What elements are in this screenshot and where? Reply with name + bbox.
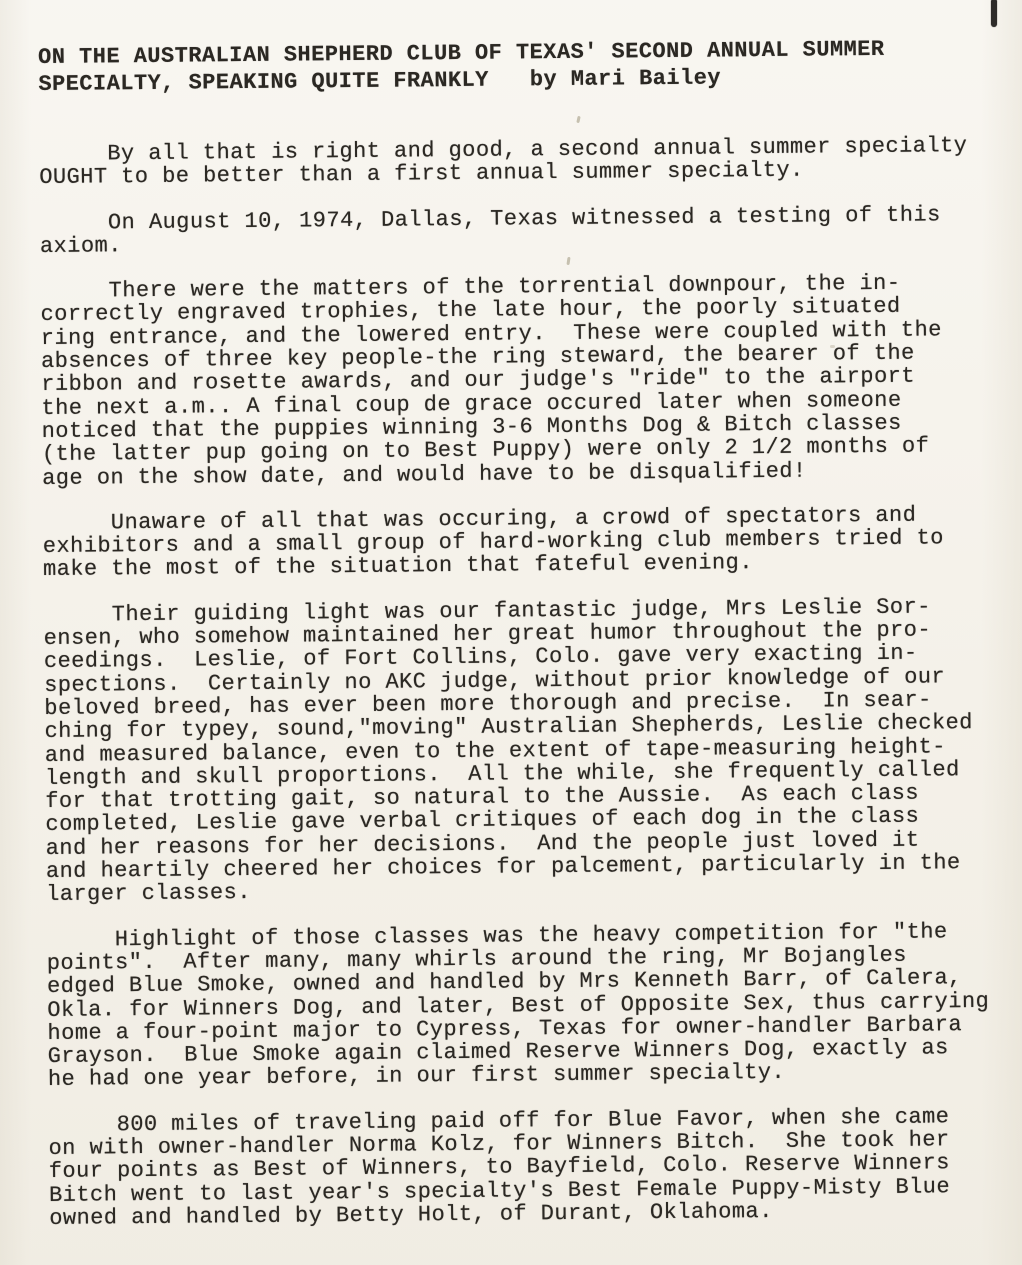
scan-ink-mark	[991, 0, 997, 27]
paragraph-intro: By all that is right and good, a second …	[39, 134, 999, 190]
document-title: ON THE AUSTRALIAN SHEPHERD CLUB OF TEXAS…	[38, 35, 998, 98]
document-page: ON THE AUSTRALIAN SHEPHERD CLUB OF TEXAS…	[38, 35, 1010, 1252]
paragraph-judge: Their guiding light was our fantastic ju…	[43, 595, 1006, 907]
paragraph-winners-bitch: 800 miles of traveling paid off for Blue…	[48, 1104, 1009, 1230]
paragraph-problems: There were the matters of the torrential…	[40, 271, 1002, 490]
paragraph-date: On August 10, 1974, Dallas, Texas witnes…	[40, 202, 1000, 258]
paragraph-winners-dog: Highlight of those classes was the heavy…	[46, 919, 1008, 1091]
paragraph-crowd: Unaware of all that was occuring, a crow…	[42, 503, 1003, 582]
